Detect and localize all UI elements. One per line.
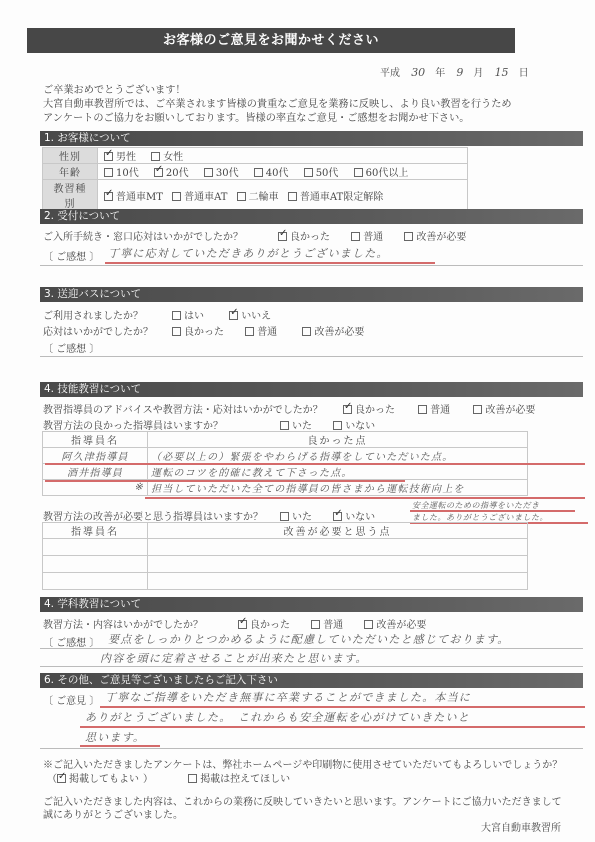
section-5-header: 4. 学科教習について xyxy=(40,597,583,612)
table-row xyxy=(43,556,528,573)
intro-text: ご卒業おめでとうございます！ 大宮自動車教習所では、ご卒業されます皆様の貴重なご… xyxy=(43,84,512,126)
checkbox-icon[interactable] xyxy=(280,421,289,430)
checkbox-checked-icon[interactable] xyxy=(333,512,342,521)
reception-options: 良かった 普通 改善が必要 xyxy=(278,228,478,243)
lecture-comment-line[interactable]: 要点をしっかりとつかめるように配慮していただいたと感じております。 xyxy=(108,631,510,647)
age-50s-option[interactable]: 50代 xyxy=(304,164,339,179)
gender-female-option[interactable]: 女性 xyxy=(151,148,183,163)
section-3-header: 3. 送迎バスについて xyxy=(40,287,583,302)
divider xyxy=(40,648,583,649)
lecture-comment-line[interactable]: 内容を頭に定着させることが出来たと思います。 xyxy=(100,650,368,666)
good-point-cell[interactable]: 担当していただいた全ての指導員の皆さまから運転技術向上を xyxy=(148,480,528,496)
checkbox-checked-icon[interactable] xyxy=(154,168,163,177)
bus-comment-label: 〔 ご感想 〕 xyxy=(43,340,99,355)
checkbox-checked-icon[interactable] xyxy=(104,152,113,161)
section-2-header: 2. 受付について xyxy=(40,209,583,224)
checkbox-icon[interactable] xyxy=(304,168,313,177)
bus-used-options: はい いいえ xyxy=(172,307,283,322)
good-instructor-question: 教習方法の良かった指導員はいますか？ xyxy=(43,417,223,432)
age-row: 年齢 10代 20代 30代 40代 50代 60代以上 xyxy=(43,164,468,180)
age-label: 年齢 xyxy=(43,164,98,180)
course-motorcycle-option[interactable]: 二輪車 xyxy=(237,188,279,203)
intro-line: アンケートのご協力をお願いしております。皆様の率直なご意見・ご感想をお聞かせ下さ… xyxy=(43,112,512,126)
checkbox-icon[interactable] xyxy=(333,421,342,430)
close-paren: ） xyxy=(143,774,153,785)
lecture-comment-label: 〔 ご感想 〕 xyxy=(43,634,99,649)
checkbox-icon[interactable] xyxy=(280,512,289,521)
underline xyxy=(45,463,585,465)
improve-point-cell[interactable] xyxy=(148,556,528,573)
checkbox-checked-icon[interactable] xyxy=(229,311,238,320)
improve-point-cell[interactable] xyxy=(148,539,528,556)
checkbox-icon[interactable] xyxy=(188,774,197,783)
table-row: 阿久津指導員 （必要以上の）緊張をやわらげる指導をしていただいた点。 xyxy=(43,448,528,464)
instructor-name-cell[interactable] xyxy=(43,556,148,573)
date-month-unit: 月 xyxy=(473,68,483,79)
underline xyxy=(100,706,585,708)
section-1-header: 1. お客様について xyxy=(40,131,583,146)
date-year[interactable]: 30 xyxy=(411,66,425,79)
divider xyxy=(40,265,583,266)
good-instructor-options: いた いない xyxy=(280,417,387,432)
checkbox-icon[interactable] xyxy=(302,327,311,336)
underline xyxy=(145,497,585,499)
improve-instructor-question: 教習方法の改善が必要と思う指導員はいますか？ xyxy=(43,508,263,523)
other-comment-line[interactable]: ありがとうございました。 これからも安全運転を心がけていきたいと xyxy=(85,709,470,725)
consent-decline-option[interactable]: 掲載は控えてほしい xyxy=(188,773,290,786)
closing-line: 誠にありがとうございました。 xyxy=(43,809,562,822)
gender-label: 性別 xyxy=(43,148,98,164)
date-era: 平成 xyxy=(380,68,400,79)
column-header-improve-points: 改善が必要と思う点 xyxy=(148,523,528,539)
column-header-good-points: 良かった点 xyxy=(148,432,528,448)
age-20s-option[interactable]: 20代 xyxy=(154,164,189,179)
signature: 大宮自動車教習所 xyxy=(481,822,561,835)
bus-service-options: 良かった 普通 改善が必要 xyxy=(172,323,376,338)
checkbox-icon[interactable] xyxy=(172,192,181,201)
reception-question: ご入所手続き・窓口応対はいかがでしたか？ xyxy=(43,228,243,243)
intro-line: 大宮自動車教習所では、ご卒業されます皆様の貴重なご意見を業務に反映し、より良い教… xyxy=(43,98,512,112)
gender-male-option[interactable]: 男性 xyxy=(104,148,136,163)
lecture-improve-option[interactable]: 改善が必要 xyxy=(364,616,426,631)
age-10s-option[interactable]: 10代 xyxy=(104,164,139,179)
checkbox-icon[interactable] xyxy=(172,327,181,336)
checkbox-checked-icon[interactable] xyxy=(57,774,66,783)
age-30s-option[interactable]: 30代 xyxy=(204,164,239,179)
improve-instructor-yes-option[interactable]: いた xyxy=(280,508,312,523)
reception-improve-option[interactable]: 改善が必要 xyxy=(404,228,466,243)
table-row xyxy=(43,573,528,590)
checkbox-icon[interactable] xyxy=(254,168,263,177)
age-40s-option[interactable]: 40代 xyxy=(254,164,289,179)
intro-line: ご卒業おめでとうございます！ xyxy=(43,84,512,98)
checkbox-checked-icon[interactable] xyxy=(343,405,352,414)
other-comment-line[interactable]: 思います。 xyxy=(85,729,145,745)
table-row: ※ 担当していただいた全ての指導員の皆さまから運転技術向上を xyxy=(43,480,528,496)
instructor-name-cell[interactable] xyxy=(43,539,148,556)
date-day-unit: 日 xyxy=(519,68,529,79)
underline xyxy=(45,480,405,482)
other-comment-line[interactable]: 丁寧なご指導をいただき無事に卒業することができました。本当に xyxy=(105,689,471,705)
lecture-options: 良かった 普通 改善が必要 xyxy=(238,616,438,631)
instructor-improve-option[interactable]: 改善が必要 xyxy=(473,401,535,416)
date-month[interactable]: 9 xyxy=(456,66,463,79)
form-title: お客様のご意見をお聞かせください xyxy=(27,28,515,53)
instructor-question: 教習指導員のアドバイスや教習方法・応対はいかがでしたか？ xyxy=(43,401,323,416)
reception-comment-label: 〔 ご感想 〕 xyxy=(43,248,99,263)
column-header-instructor: 指導員名 xyxy=(43,432,148,448)
section-6-header: 6. その他、ご意見等ございましたらご記入下さい xyxy=(40,673,583,688)
date-line: 平成 30年 9月 15日 xyxy=(380,64,529,79)
age-60s-option[interactable]: 60代以上 xyxy=(354,164,409,179)
other-comment-label: 〔 ご意見 〕 xyxy=(43,692,99,707)
checkbox-icon[interactable] xyxy=(311,620,320,629)
course-at-release-option[interactable]: 普通車AT限定解除 xyxy=(288,188,383,203)
good-point-cell[interactable]: （必要以上の）緊張をやわらげる指導をしていただいた点。 xyxy=(148,448,528,464)
reception-comment[interactable]: 丁寧に応対していただきありがとうございました。 xyxy=(108,245,389,261)
checkbox-icon[interactable] xyxy=(364,620,373,629)
underline xyxy=(80,726,585,728)
course-mt-option[interactable]: 普通車MT xyxy=(104,188,163,203)
reception-good-option[interactable]: 良かった xyxy=(278,228,330,243)
underline xyxy=(105,262,435,264)
open-paren: （ xyxy=(47,774,57,785)
gender-row: 性別 男性 女性 xyxy=(43,148,468,164)
table-header-row: 指導員名 良かった点 xyxy=(43,432,528,448)
checkbox-checked-icon[interactable] xyxy=(238,620,247,629)
section-4-header: 4. 技能教習について xyxy=(40,382,583,397)
lecture-good-option[interactable]: 良かった xyxy=(238,616,290,631)
bus-used-question: ご利用されましたか？ xyxy=(43,307,143,322)
checkbox-icon[interactable] xyxy=(351,232,360,241)
lecture-normal-option[interactable]: 普通 xyxy=(311,616,343,631)
instructor-normal-option[interactable]: 普通 xyxy=(418,401,450,416)
reception-normal-option[interactable]: 普通 xyxy=(351,228,383,243)
checkbox-icon[interactable] xyxy=(354,168,363,177)
checkbox-icon[interactable] xyxy=(245,327,254,336)
checkbox-icon[interactable] xyxy=(288,192,297,201)
date-year-unit: 年 xyxy=(435,68,445,79)
improve-instructor-options: いた いない xyxy=(280,508,387,523)
divider xyxy=(40,356,583,357)
consent-options: （掲載してもよい） 掲載は控えてほしい xyxy=(47,773,302,786)
improve-instructor-table: 指導員名 改善が必要と思う点 xyxy=(42,522,528,590)
instructor-name-cell[interactable]: 阿久津指導員 xyxy=(43,448,148,464)
instructor-name-cell[interactable]: 酒井指導員 xyxy=(43,464,148,480)
underline xyxy=(80,745,160,747)
checkbox-icon[interactable] xyxy=(237,192,246,201)
checkbox-icon[interactable] xyxy=(473,405,482,414)
divider xyxy=(40,748,583,749)
divider xyxy=(40,666,583,667)
good-instructor-no-option[interactable]: いない xyxy=(333,417,375,432)
good-instructor-yes-option[interactable]: いた xyxy=(280,417,312,432)
instructor-good-option[interactable]: 良かった xyxy=(343,401,395,416)
bus-service-normal-option[interactable]: 普通 xyxy=(245,323,277,338)
underline xyxy=(410,510,575,512)
checkbox-checked-icon[interactable] xyxy=(104,192,113,201)
improve-point-cell[interactable] xyxy=(148,573,528,590)
table-header-row: 指導員名 改善が必要と思う点 xyxy=(43,523,528,539)
column-header-instructor: 指導員名 xyxy=(43,523,148,539)
closing-text: ご記入いただきました内容は、これからの業務に反映していきたいと思います。アンケー… xyxy=(43,796,562,822)
instructor-name-cell[interactable]: ※ xyxy=(43,480,148,496)
checkbox-icon[interactable] xyxy=(151,152,160,161)
course-type-row: 教習種別 普通車MT 普通車AT 二輪車 普通車AT限定解除 xyxy=(43,180,468,211)
bus-service-improve-option[interactable]: 改善が必要 xyxy=(302,323,364,338)
checkbox-checked-icon[interactable] xyxy=(278,232,287,241)
instructor-name-cell[interactable] xyxy=(43,573,148,590)
checkbox-icon[interactable] xyxy=(104,168,113,177)
table-row xyxy=(43,539,528,556)
instructor-options: 良かった 普通 改善が必要 xyxy=(343,401,547,416)
lecture-question: 教習方法・内容はいかがでしたか？ xyxy=(43,616,203,631)
improve-instructor-no-option[interactable]: いない xyxy=(333,508,375,523)
table-row: 酒井指導員 運転のコツを的確に教えて下さった点。 xyxy=(43,464,528,480)
date-day[interactable]: 15 xyxy=(495,66,509,79)
bus-service-good-option[interactable]: 良かった xyxy=(172,323,224,338)
course-at-option[interactable]: 普通車AT xyxy=(172,188,227,203)
course-type-label: 教習種別 xyxy=(43,180,98,211)
closing-line: ご記入いただきました内容は、これからの業務に反映していきたいと思います。アンケー… xyxy=(43,796,562,809)
checkbox-icon[interactable] xyxy=(418,405,427,414)
bus-used-no-option[interactable]: いいえ xyxy=(229,307,271,322)
checkbox-icon[interactable] xyxy=(404,232,413,241)
checkbox-icon[interactable] xyxy=(172,311,181,320)
good-point-cell[interactable]: 運転のコツを的確に教えて下さった点。 xyxy=(148,464,528,480)
checkbox-icon[interactable] xyxy=(204,168,213,177)
bus-used-yes-option[interactable]: はい xyxy=(172,307,204,322)
bus-service-question: 応対はいかがでしたか？ xyxy=(43,323,153,338)
consent-allow-option[interactable]: 掲載してもよい xyxy=(57,773,139,786)
consent-question: ※ご記入いただきましたアンケートは、弊社ホームページや印刷物に使用させていただい… xyxy=(43,759,562,772)
customer-info-table: 性別 男性 女性 年齢 10代 20代 30代 40代 50代 60代以上 教習… xyxy=(42,147,468,211)
